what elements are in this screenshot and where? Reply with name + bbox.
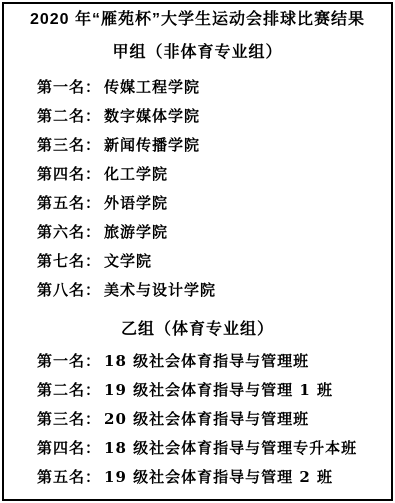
document-title: 2020 年“雁苑杯”大学生运动会排球比赛结果 — [8, 9, 387, 31]
rank-label: 第三名： — [37, 136, 101, 154]
result-row: 第一名：传媒工程学院 — [37, 73, 391, 102]
rank-label: 第八名： — [37, 281, 101, 299]
team-name: 传媒工程学院 — [104, 78, 200, 96]
rank-label: 第四名： — [37, 439, 101, 457]
rank-label: 第七名： — [37, 252, 101, 270]
result-row: 第三名：新闻传播学院 — [37, 131, 391, 160]
team-name: 18 级社会体育指导与管理班 — [104, 352, 309, 370]
result-row: 第八名：美术与设计学院 — [37, 276, 391, 305]
team-name: 化工学院 — [104, 165, 168, 183]
rank-label: 第一名： — [37, 352, 101, 370]
document-page: 2020 年“雁苑杯”大学生运动会排球比赛结果 甲组（非体育专业组） 第一名：传… — [2, 2, 393, 501]
result-row: 第七名：文学院 — [37, 247, 391, 276]
rank-label: 第二名： — [37, 381, 101, 399]
result-row: 第一名：18 级社会体育指导与管理班 — [37, 347, 391, 376]
team-name: 18 级社会体育指导与管理专升本班 — [104, 439, 357, 457]
group-b-heading: 乙组（体育专业组） — [4, 319, 391, 341]
group-a-results: 第一名：传媒工程学院 第二名：数字媒体学院 第三名：新闻传播学院 第四名：化工学… — [4, 73, 391, 305]
rank-label: 第六名： — [37, 223, 101, 241]
rank-label: 第四名： — [37, 165, 101, 183]
result-row: 第三名：20 级社会体育指导与管理班 — [37, 405, 391, 434]
rank-label: 第三名： — [37, 410, 101, 428]
result-row: 第五名：外语学院 — [37, 189, 391, 218]
team-name: 文学院 — [104, 252, 152, 270]
rank-label: 第五名： — [37, 194, 101, 212]
team-name: 20 级社会体育指导与管理班 — [104, 410, 309, 428]
rank-label: 第二名： — [37, 107, 101, 125]
team-name: 旅游学院 — [104, 223, 168, 241]
result-row: 第六名：旅游学院 — [37, 218, 391, 247]
team-name: 外语学院 — [104, 194, 168, 212]
group-b-results: 第一名：18 级社会体育指导与管理班 第二名：19 级社会体育指导与管理 1 班… — [4, 347, 391, 492]
team-name: 19 级社会体育指导与管理 2 班 — [104, 468, 333, 486]
result-row: 第四名：18 级社会体育指导与管理专升本班 — [37, 434, 391, 463]
team-name: 美术与设计学院 — [104, 281, 216, 299]
result-row: 第五名：19 级社会体育指导与管理 2 班 — [37, 463, 391, 492]
rank-label: 第五名： — [37, 468, 101, 486]
team-name: 19 级社会体育指导与管理 1 班 — [104, 381, 333, 399]
result-row: 第二名：数字媒体学院 — [37, 102, 391, 131]
team-name: 数字媒体学院 — [104, 107, 200, 125]
group-a-heading: 甲组（非体育专业组） — [4, 42, 391, 64]
result-row: 第四名：化工学院 — [37, 160, 391, 189]
team-name: 新闻传播学院 — [104, 136, 200, 154]
rank-label: 第一名： — [37, 78, 101, 96]
result-row: 第二名：19 级社会体育指导与管理 1 班 — [37, 376, 391, 405]
